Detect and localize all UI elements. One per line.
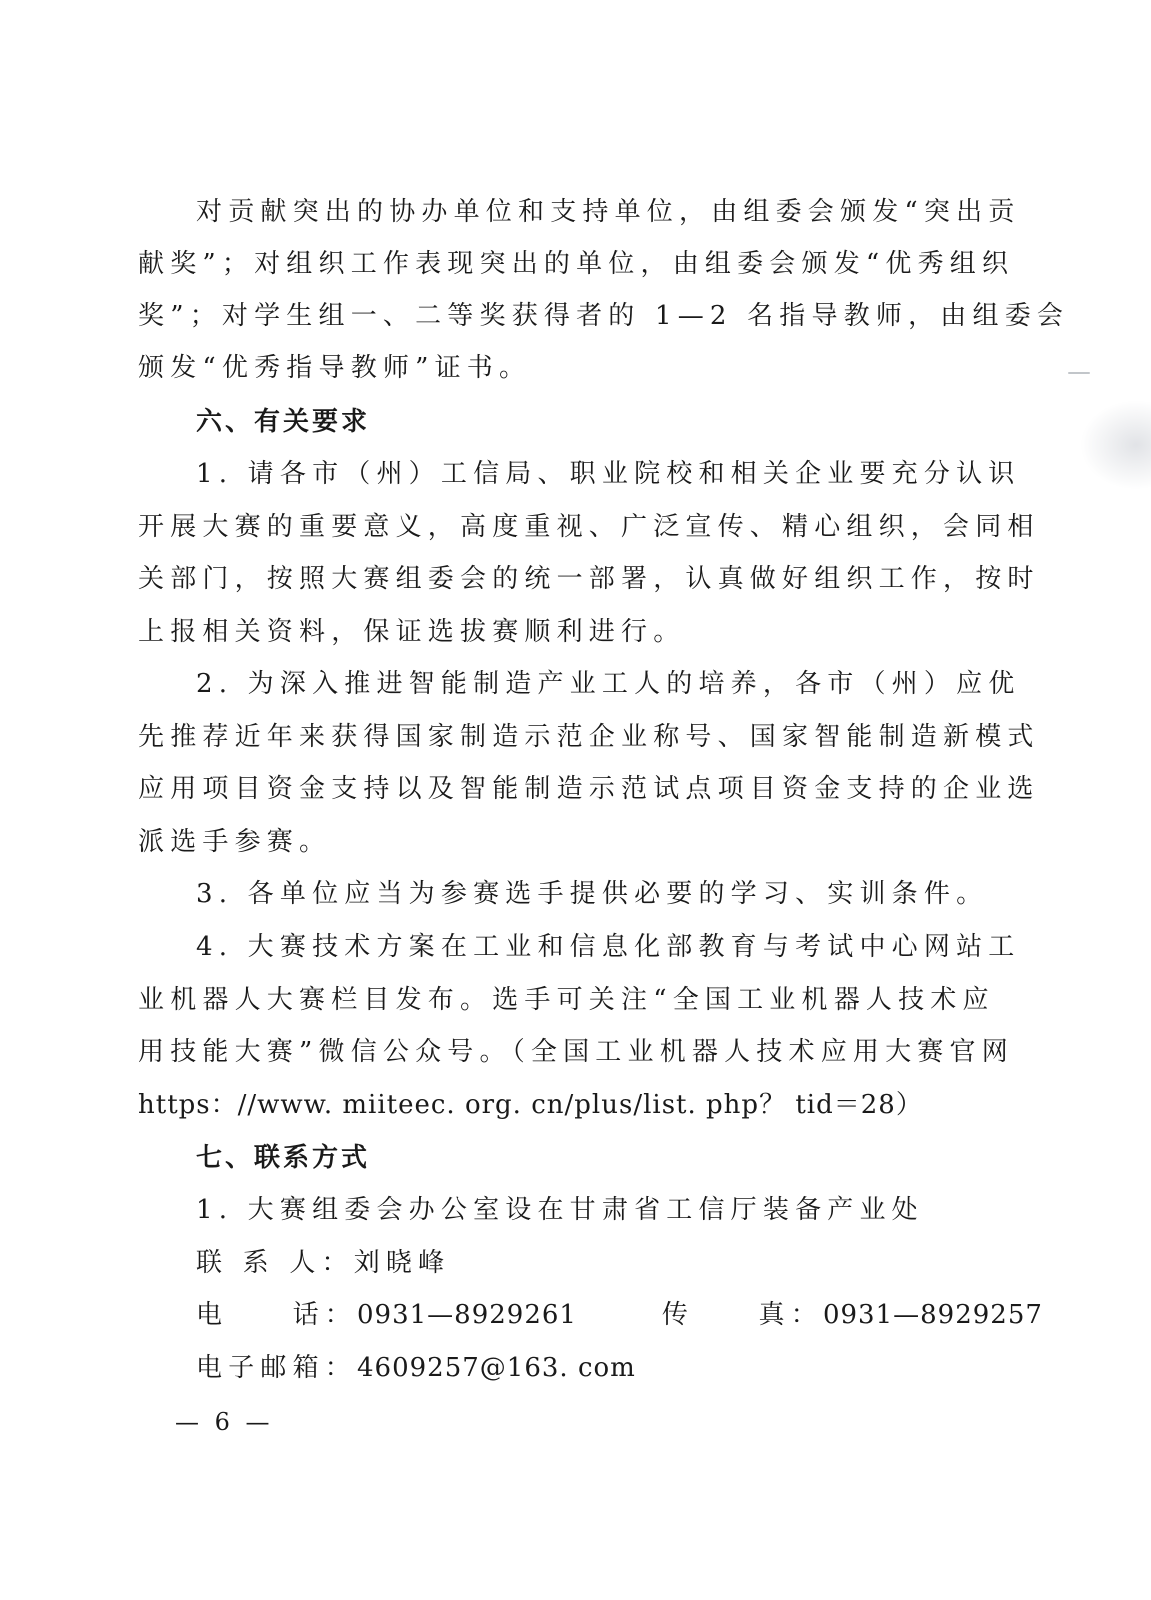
contact-person-label: 联 系 人： <box>196 1248 354 1278</box>
contact-office: 1. 大赛组委会办公室设在甘肃省工信厅装备产业处 <box>196 1190 924 1230</box>
paragraph-line: 3. 各单位应当为参赛选手提供必要的学习、实训条件。 <box>196 874 988 914</box>
paragraph-line: 上报相关资料，保证选拔赛顺利进行。 <box>138 612 685 652</box>
scan-artifact-mark <box>1068 372 1090 374</box>
contact-person-row: 联 系 人：刘晓峰 <box>196 1243 450 1283</box>
paragraph-line: 1. 请各市（州）工信局、职业院校和相关企业要充分认识 <box>196 454 1020 494</box>
paragraph-line: 4. 大赛技术方案在工业和信息化部教育与考试中心网站工 <box>196 927 1020 967</box>
paragraph-line: 奖”；对学生组一、二等奖获得者的 1—2 名指导教师，由组委会 <box>138 296 1069 336</box>
phone-label: 电 话： <box>196 1300 357 1330</box>
section-heading-contact: 七、联系方式 <box>196 1138 370 1178</box>
paragraph-line: 献奖”；对组织工作表现突出的单位，由组委会颁发“优秀组织 <box>138 244 1014 284</box>
paragraph-line: 业机器人大赛栏目发布。选手可关注“全国工业机器人技术应 <box>138 980 995 1020</box>
email-row: 电子邮箱：4609257@163. com <box>196 1348 636 1388</box>
email-address: 4609257@163. com <box>357 1353 636 1383</box>
paragraph-line: 颁发“优秀指导教师”证书。 <box>138 348 531 388</box>
paragraph-line: 开展大赛的重要意义，高度重视、广泛宣传、精心组织，会同相 <box>138 507 1040 547</box>
section-heading-requirements: 六、有关要求 <box>196 402 370 442</box>
scan-artifact-noise <box>1080 400 1151 490</box>
paragraph-line: 关部门，按照大赛组委会的统一部署，认真做好组织工作，按时 <box>138 559 1040 599</box>
fax-label: 传 真： <box>662 1300 823 1330</box>
phone-fax-row: 电 话：0931—8929261 传 真：0931—8929257 <box>196 1295 1043 1335</box>
paragraph-line: 应用项目资金支持以及智能制造示范试点项目资金支持的企业选 <box>138 769 1040 809</box>
page-number: — 6 — <box>175 1408 274 1436</box>
paragraph-line: 先推荐近年来获得国家制造示范企业称号、国家智能制造新模式 <box>138 717 1040 757</box>
website-url: https：//www. miiteec. org. cn/plus/list.… <box>138 1085 923 1125</box>
fax-number: 0931—8929257 <box>823 1300 1043 1330</box>
contact-person-name: 刘晓峰 <box>354 1248 451 1278</box>
paragraph-line: 2. 为深入推进智能制造产业工人的培养，各市（州）应优 <box>196 664 1020 704</box>
paragraph-line: 用技能大赛”微信公众号。（全国工业机器人技术应用大赛官网 <box>138 1032 1014 1072</box>
paragraph-line: 对贡献突出的协办单位和支持单位，由组委会颁发“突出贡 <box>196 192 1021 232</box>
paragraph-line: 派选手参赛。 <box>138 822 331 862</box>
document-page: 对贡献突出的协办单位和支持单位，由组委会颁发“突出贡 献奖”；对组织工作表现突出… <box>0 0 1151 1600</box>
email-label: 电子邮箱： <box>196 1353 357 1383</box>
phone-number: 0931—8929261 <box>357 1300 577 1330</box>
